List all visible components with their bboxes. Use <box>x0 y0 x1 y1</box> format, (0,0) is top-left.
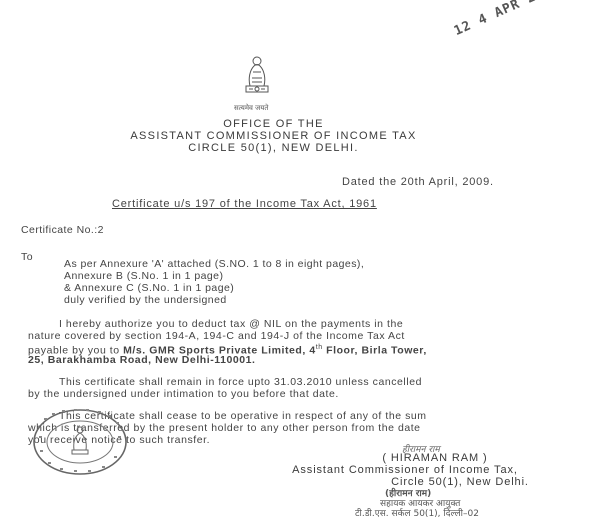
recipient-line-4: duly verified by the undersigned <box>64 294 227 306</box>
floor-suffix: th <box>316 344 323 351</box>
national-emblem-icon <box>236 52 278 108</box>
office-circle: CIRCLE 50(1), NEW DELHI. <box>0 142 577 154</box>
office-heading: OFFICE OF THE <box>0 118 577 130</box>
office-name: ASSISTANT COMMISSIONER OF INCOME TAX <box>0 130 577 142</box>
authorization-line-1: I hereby authorize you to deduct tax @ N… <box>59 318 403 330</box>
recipient-line-1: As per Annexure 'A' attached (S.NO. 1 to… <box>64 258 364 270</box>
certificate-title: Certificate u/s 197 of the Income Tax Ac… <box>112 198 377 210</box>
received-date-stamp: 12 4 APR 2009 <box>452 0 563 39</box>
authorization-line-4: 25, Barakhamba Road, New Delhi-110001. <box>28 354 256 366</box>
validity-line-1: This certificate shall remain in force u… <box>59 376 422 388</box>
recipient-line-2: Annexure B (S.No. 1 in 1 page) <box>64 270 223 282</box>
signatory-name: ( HIRAMAN RAM ) <box>335 452 535 464</box>
validity-line-2: by the undersigned under intimation to y… <box>28 388 339 400</box>
authorization-line-2: nature covered by section 194-A, 194-C a… <box>28 330 405 342</box>
to-label: To <box>21 251 33 263</box>
signatory-hindi-circle: टी.डी.एस. सर्कल 50(1), दिल्ली–02 <box>355 506 479 519</box>
certificate-number: Certificate No.:2 <box>21 224 104 236</box>
payee-address-part: Floor, Birla Tower, <box>323 345 427 357</box>
recipient-line-3: & Annexure C (S.No. 1 in 1 page) <box>64 282 234 294</box>
date-line: Dated the 20th April, 2009. <box>342 176 494 188</box>
signatory-designation: Assistant Commissioner of Income Tax, <box>250 464 560 476</box>
office-seal-icon: Assistant Commissioner of Income Tax, Ci… <box>30 406 130 478</box>
emblem-motto: सत्यमेव जयते <box>234 104 268 113</box>
